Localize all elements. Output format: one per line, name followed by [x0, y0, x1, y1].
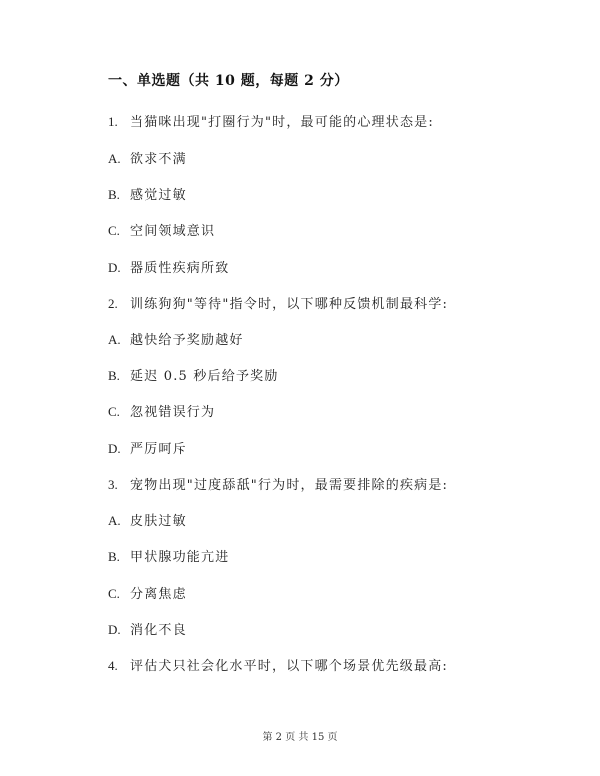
option-2c: C.忽视错误行为 [108, 401, 215, 420]
question-text: 评估犬只社会化水平时，以下哪个场景优先级最高: [130, 659, 448, 674]
option-text: 消化不良 [130, 623, 187, 638]
option-text: 忽视错误行为 [130, 405, 215, 420]
question-2: 2.训练狗狗"等待"指令时，以下哪种反馈机制最科学: [108, 293, 448, 312]
question-number: 1. [108, 114, 130, 130]
question-number: 4. [108, 658, 130, 674]
option-label: D. [108, 441, 130, 457]
option-text: 欲求不满 [130, 152, 187, 167]
question-1: 1.当猫咪出现"打圈行为"时，最可能的心理状态是: [108, 111, 434, 130]
option-3a: A.皮肤过敏 [108, 510, 187, 529]
option-text: 器质性疾病所致 [130, 261, 229, 276]
option-text: 感觉过敏 [130, 188, 187, 203]
option-text: 延迟 0.5 秒后给予奖励 [130, 369, 279, 384]
question-text: 宠物出现"过度舔舐"行为时，最需要排除的疾病是: [130, 478, 448, 493]
question-text: 训练狗狗"等待"指令时，以下哪种反馈机制最科学: [130, 297, 448, 312]
option-text: 越快给予奖励越好 [130, 333, 244, 348]
option-3b: B.甲状腺功能亢进 [108, 546, 229, 565]
option-label: C. [108, 404, 130, 420]
option-label: B. [108, 368, 130, 384]
question-3: 3.宠物出现"过度舔舐"行为时，最需要排除的疾病是: [108, 474, 448, 493]
option-1d: D.器质性疾病所致 [108, 257, 229, 276]
option-1c: C.空间领域意识 [108, 220, 215, 239]
option-text: 分离焦虑 [130, 587, 187, 602]
option-2a: A.越快给予奖励越好 [108, 329, 244, 348]
question-number: 2. [108, 296, 130, 312]
option-label: B. [108, 549, 130, 565]
option-2d: D.严厉呵斥 [108, 438, 187, 457]
option-label: D. [108, 260, 130, 276]
option-1a: A.欲求不满 [108, 148, 187, 167]
question-4: 4.评估犬只社会化水平时，以下哪个场景优先级最高: [108, 655, 448, 674]
question-text: 当猫咪出现"打圈行为"时，最可能的心理状态是: [130, 115, 434, 130]
document-page: 一、单选题（共 10 题，每题 2 分） 1.当猫咪出现"打圈行为"时，最可能的… [0, 0, 600, 776]
option-3c: C.分离焦虑 [108, 583, 187, 602]
question-number: 3. [108, 477, 130, 493]
option-text: 严厉呵斥 [130, 442, 187, 457]
option-text: 皮肤过敏 [130, 514, 187, 529]
option-3d: D.消化不良 [108, 619, 187, 638]
option-label: D. [108, 622, 130, 638]
option-text: 空间领域意识 [130, 224, 215, 239]
option-label: C. [108, 223, 130, 239]
option-label: C. [108, 586, 130, 602]
option-label: B. [108, 187, 130, 203]
option-label: A. [108, 332, 130, 348]
option-label: A. [108, 513, 130, 529]
page-footer: 第 2 页 共 15 页 [0, 728, 600, 743]
option-label: A. [108, 151, 130, 167]
option-text: 甲状腺功能亢进 [130, 550, 229, 565]
section-title: 一、单选题（共 10 题，每题 2 分） [108, 70, 349, 90]
option-2b: B.延迟 0.5 秒后给予奖励 [108, 365, 279, 384]
option-1b: B.感觉过敏 [108, 184, 187, 203]
